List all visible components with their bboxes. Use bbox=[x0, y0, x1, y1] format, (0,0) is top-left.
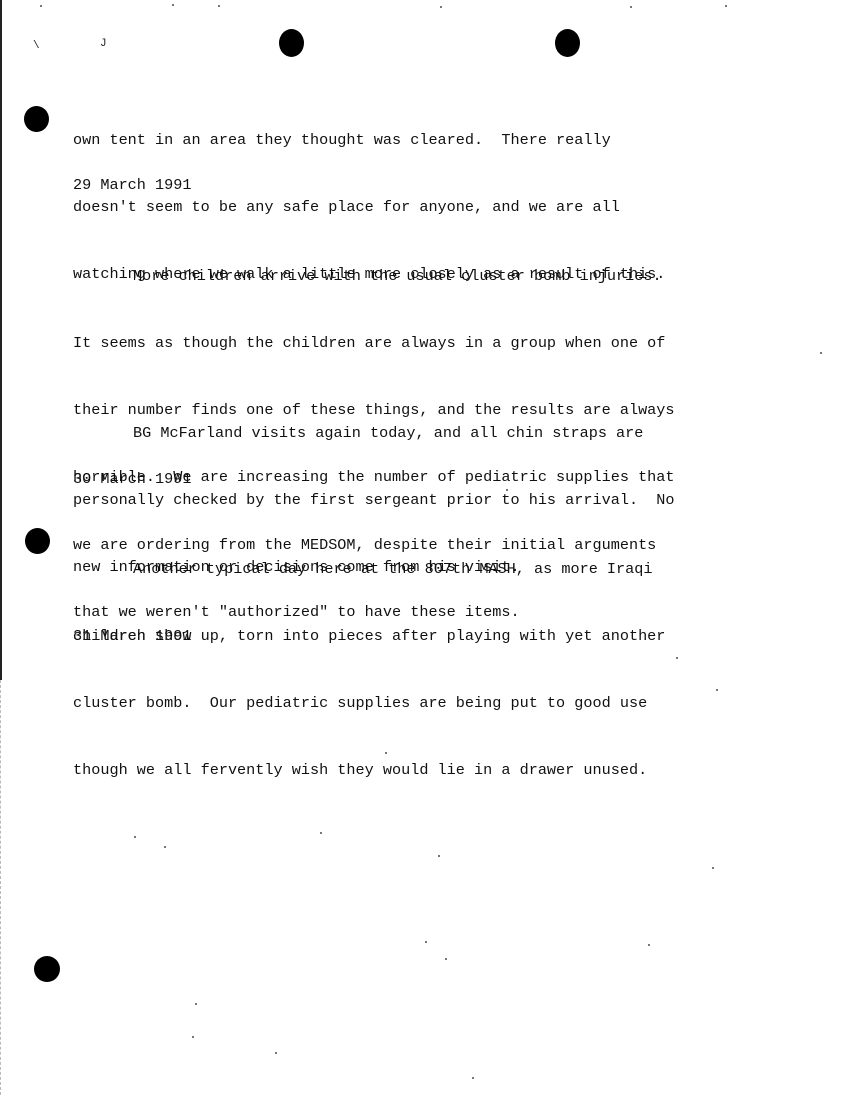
entry-date-31-march: 31 March 1991 bbox=[73, 625, 191, 647]
scan-speck bbox=[192, 1036, 194, 1038]
text-line: More children arrive with the usual clus… bbox=[73, 265, 773, 287]
scan-speck bbox=[438, 855, 440, 857]
text-line: cluster bomb. Our pediatric supplies are… bbox=[73, 692, 773, 714]
text-line: personally checked by the first sergeant… bbox=[73, 489, 773, 511]
scan-speck bbox=[472, 1077, 474, 1079]
margin-mark-left: \ bbox=[33, 40, 40, 52]
punch-hole-left-upper bbox=[24, 106, 49, 132]
text-line: doesn't seem to be any safe place for an… bbox=[73, 196, 773, 218]
scan-speck bbox=[725, 5, 727, 7]
entry-date-30-march: 30 March 1991 bbox=[73, 468, 191, 490]
page-edge bbox=[0, 0, 2, 680]
punch-hole-left-middle bbox=[25, 528, 50, 554]
scan-speck bbox=[195, 1003, 197, 1005]
text-line: though we all fervently wish they would … bbox=[73, 759, 773, 781]
margin-mark-right: J bbox=[100, 38, 107, 50]
scan-speck bbox=[425, 941, 427, 943]
text-line: Another typical day here at the 807th MA… bbox=[73, 558, 773, 580]
scan-speck bbox=[275, 1052, 277, 1054]
scan-speck bbox=[440, 6, 442, 8]
text-line: BG McFarland visits again today, and all… bbox=[73, 422, 773, 444]
text-line: It seems as though the children are alwa… bbox=[73, 332, 773, 354]
scan-speck bbox=[218, 5, 220, 7]
scan-speck bbox=[445, 958, 447, 960]
scan-speck bbox=[172, 4, 174, 6]
scan-speck bbox=[820, 352, 822, 354]
text-line: own tent in an area they thought was cle… bbox=[73, 129, 773, 151]
scan-speck bbox=[630, 6, 632, 8]
scan-speck bbox=[134, 836, 136, 838]
scan-speck bbox=[40, 5, 42, 7]
entry-date-29-march: 29 March 1991 bbox=[73, 174, 191, 196]
page-edge-dashed bbox=[0, 680, 2, 1095]
scan-speck bbox=[712, 867, 714, 869]
scan-speck bbox=[320, 832, 322, 834]
punch-hole-top-center bbox=[279, 29, 304, 57]
punch-hole-left-lower bbox=[34, 956, 60, 982]
punch-hole-top-right bbox=[555, 29, 580, 57]
entry-30-march-paragraph-1: Another typical day here at the 807th MA… bbox=[73, 513, 773, 804]
scan-speck bbox=[164, 846, 166, 848]
scan-speck bbox=[648, 944, 650, 946]
